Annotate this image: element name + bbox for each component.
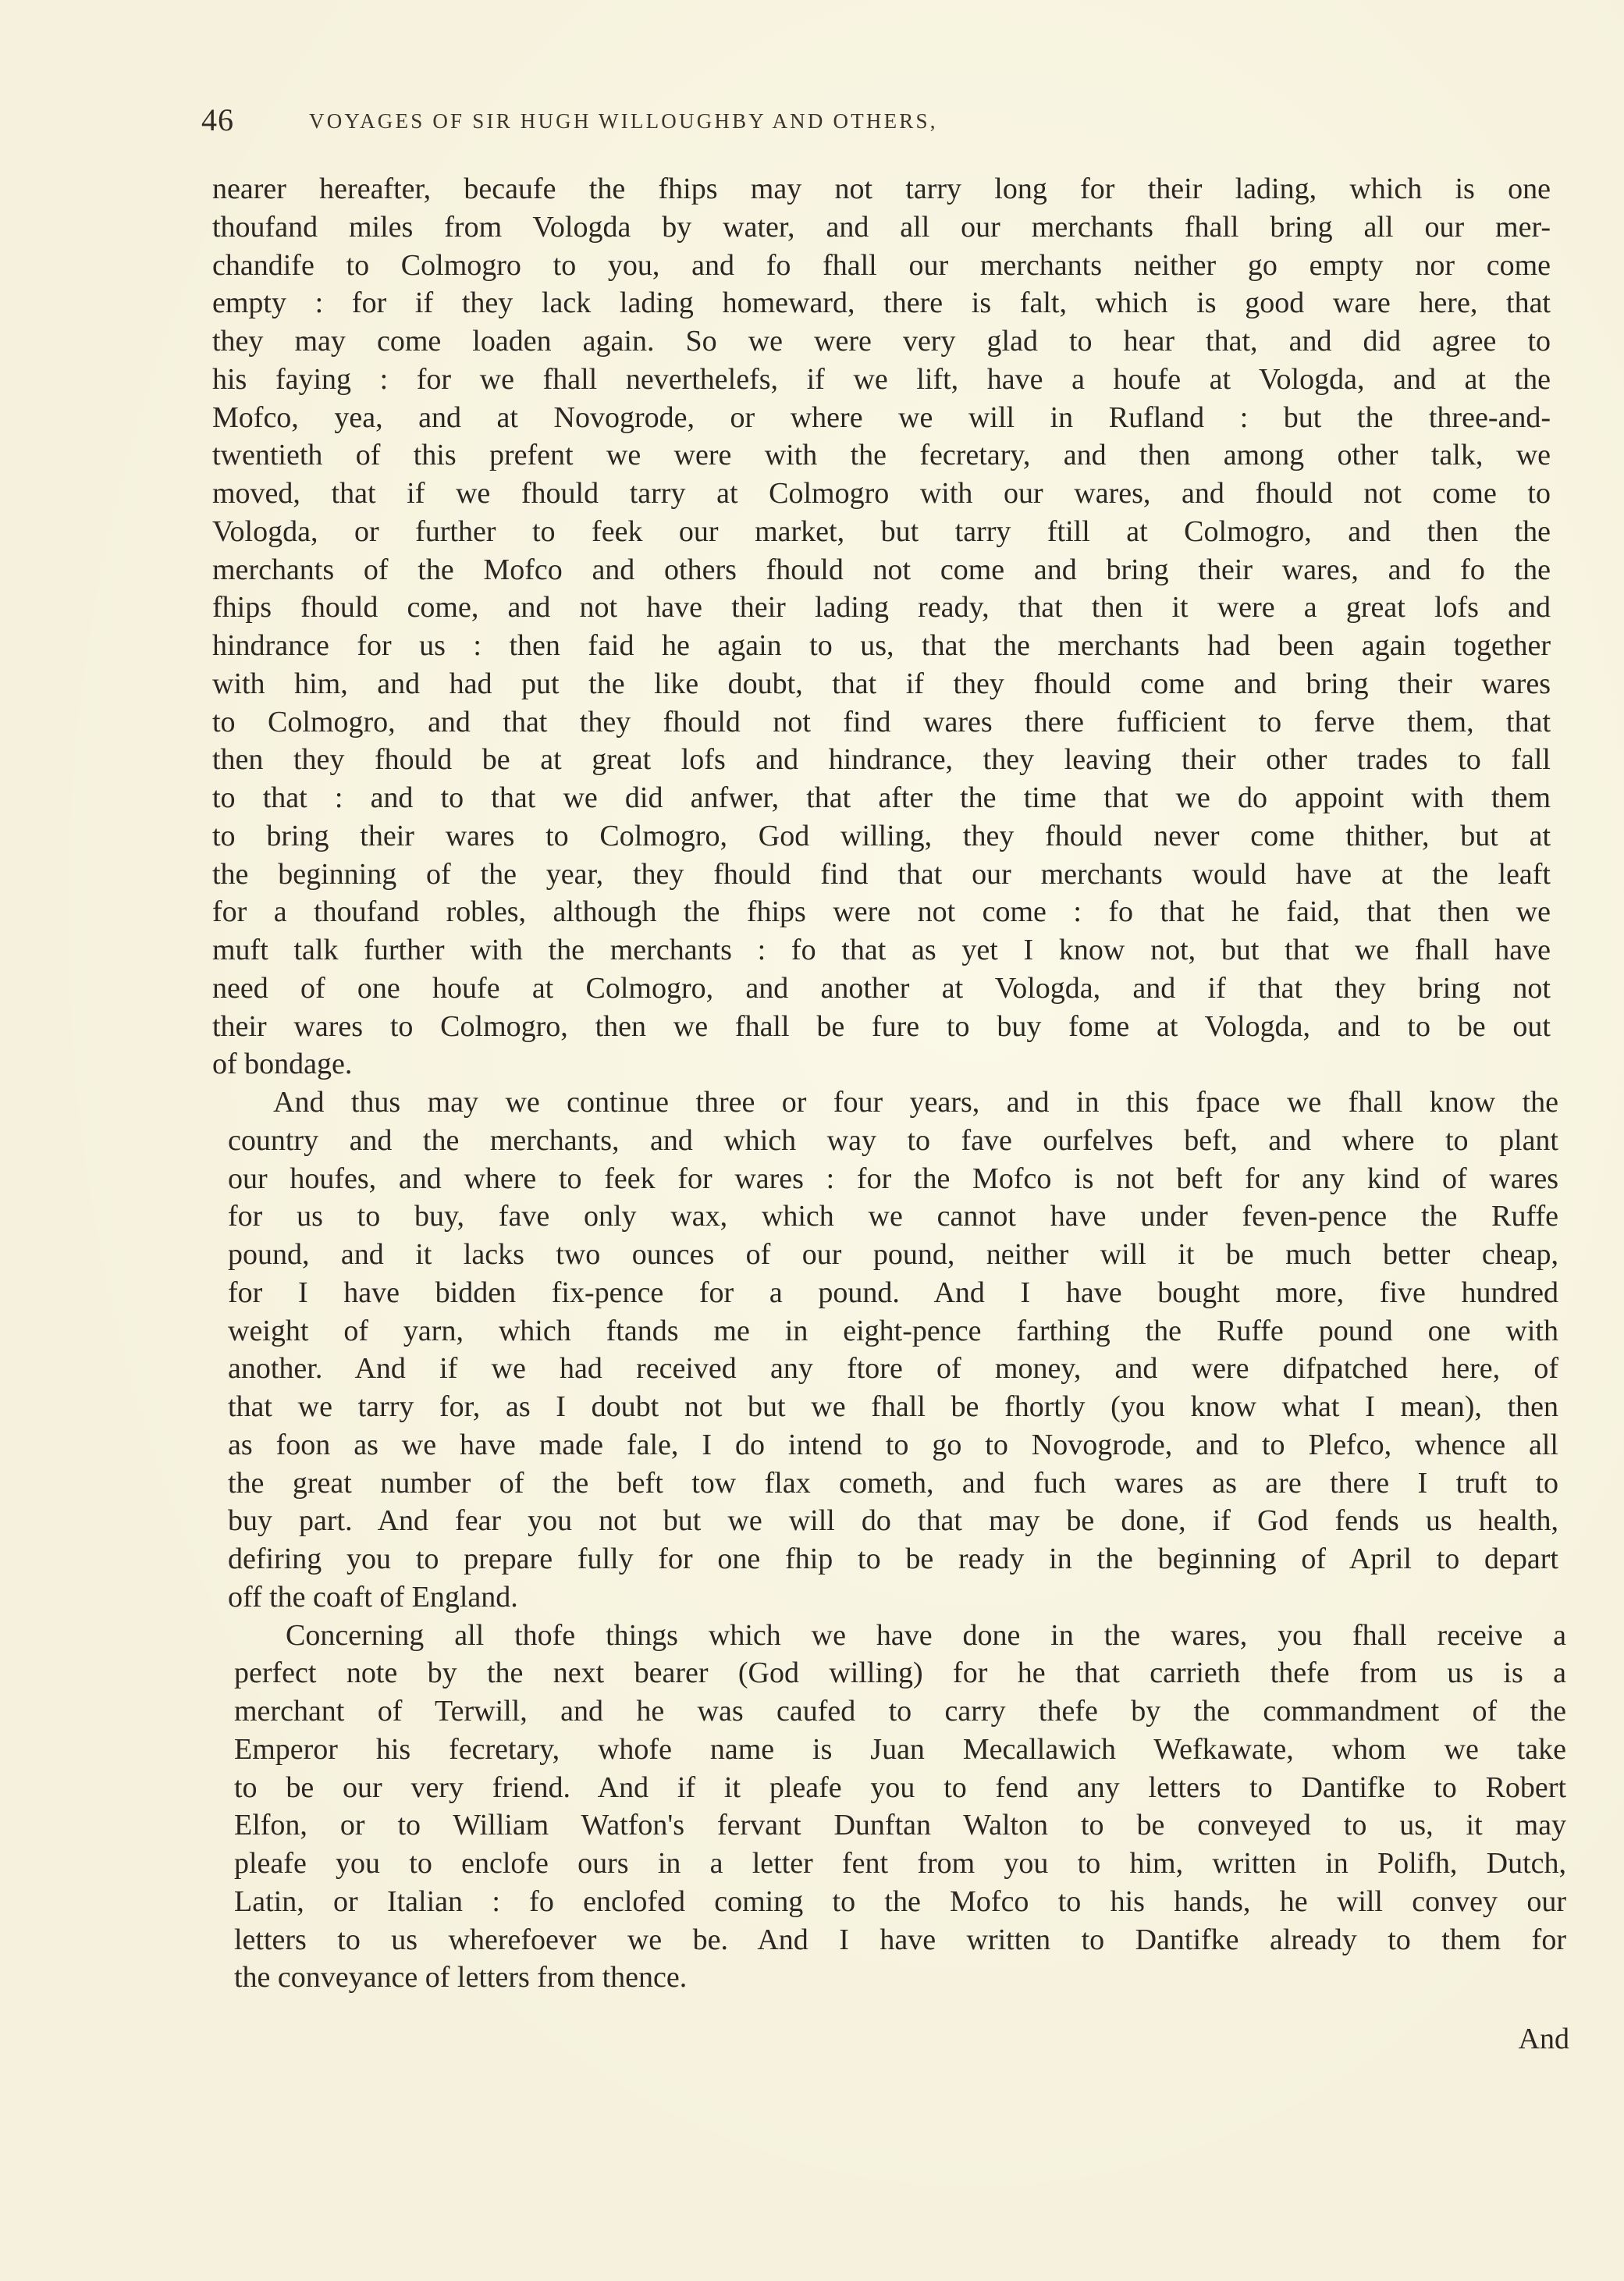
text-line: weight of yarn, which ftands me in eight… xyxy=(212,1312,1558,1350)
text-line: thoufand miles from Vologda by water, an… xyxy=(212,208,1551,247)
text-line: chandife to Colmogro to you, and fo fhal… xyxy=(212,247,1551,285)
paragraph-3: Concerning all thofe things which we hav… xyxy=(212,1617,1562,1998)
text-line: pleafe you to enclofe ours in a letter f… xyxy=(212,1845,1566,1883)
text-line: Latin, or Italian : fo enclofed coming t… xyxy=(212,1883,1566,1921)
text-line: muft talk further with the merchants : f… xyxy=(212,931,1551,970)
text-line: they may come loaden again. So we were v… xyxy=(212,322,1551,361)
text-line: Elfon, or to William Watfon's fervant Du… xyxy=(212,1806,1566,1845)
text-line: as foon as we have made fale, I do inten… xyxy=(212,1426,1558,1464)
text-line: country and the merchants, and which way… xyxy=(212,1122,1558,1160)
paragraph-2: And thus may we continue three or four y… xyxy=(212,1084,1562,1617)
text-line: to bring their wares to Colmogro, God wi… xyxy=(212,817,1551,856)
text-line: Mofco, yea, and at Novogrode, or where w… xyxy=(212,399,1551,437)
text-line: with him, and had put the like doubt, th… xyxy=(212,665,1551,703)
text-line: empty : for if they lack lading homeward… xyxy=(212,284,1551,322)
text-line: Emperor his fecretary, whofe name is Jua… xyxy=(212,1731,1566,1769)
text-line: Vologda, or further to feek our market, … xyxy=(212,513,1551,551)
text-line: hindrance for us : then faid he again to… xyxy=(212,627,1551,665)
text-line: Concerning all thofe things which we hav… xyxy=(212,1617,1566,1655)
text-line: to that : and to that we did anfwer, tha… xyxy=(212,779,1551,817)
text-line: that we tarry for, as I doubt not but we… xyxy=(212,1388,1558,1426)
paragraph-1: nearer hereafter, becaufe the fhips may … xyxy=(212,170,1562,1084)
text-line: pound, and it lacks two ounces of our po… xyxy=(212,1236,1558,1274)
text-line: another. And if we had received any ftor… xyxy=(212,1350,1558,1388)
text-line: his faying : for we fhall neverthelefs, … xyxy=(212,361,1551,399)
text-line: then they fhould be at great lofs and hi… xyxy=(212,741,1551,779)
text-line: off the coaft of England. xyxy=(212,1578,1558,1617)
text-line: to Colmogro, and that they fhould not fi… xyxy=(212,703,1551,742)
text-line: moved, that if we fhould tarry at Colmog… xyxy=(212,475,1551,513)
text-line: letters to us wherefoever we be. And I h… xyxy=(212,1921,1566,1959)
page-number: 46 xyxy=(201,101,234,138)
text-line: merchant of Terwill, and he was caufed t… xyxy=(212,1692,1566,1731)
book-page: 46 VOYAGES OF SIR HUGH WILLOUGHBY AND OT… xyxy=(0,0,1624,2281)
text-line: need of one houfe at Colmogro, and anoth… xyxy=(212,970,1551,1008)
text-line: for us to buy, fave only wax, which we c… xyxy=(212,1197,1558,1236)
text-line: for I have bidden fix-pence for a pound.… xyxy=(212,1274,1558,1312)
catchword: And xyxy=(1519,2022,1569,2056)
text-line: twentieth of this prefent we were with t… xyxy=(212,436,1551,475)
text-line: merchants of the Mofco and others fhould… xyxy=(212,551,1551,589)
text-line: defiring you to prepare fully for one fh… xyxy=(212,1540,1558,1578)
text-line: buy part. And fear you not but we will d… xyxy=(212,1502,1558,1540)
body-text: nearer hereafter, becaufe the fhips may … xyxy=(212,170,1562,1997)
page-header: 46 VOYAGES OF SIR HUGH WILLOUGHBY AND OT… xyxy=(201,100,1575,139)
text-line: And thus may we continue three or four y… xyxy=(212,1084,1558,1122)
text-line: the great number of the beft tow flax co… xyxy=(212,1464,1558,1503)
text-line: perfect note by the next bearer (God wil… xyxy=(212,1654,1566,1692)
text-line: their wares to Colmogro, then we fhall b… xyxy=(212,1008,1551,1046)
running-head: VOYAGES OF SIR HUGH WILLOUGHBY AND OTHER… xyxy=(309,109,1495,133)
text-line: the beginning of the year, they fhould f… xyxy=(212,856,1551,894)
text-line: nearer hereafter, becaufe the fhips may … xyxy=(212,170,1551,208)
text-line: to be our very friend. And if it pleafe … xyxy=(212,1769,1566,1807)
text-line: fhips fhould come, and not have their la… xyxy=(212,589,1551,627)
text-line: for a thoufand robles, although the fhip… xyxy=(212,893,1551,931)
text-line: the conveyance of letters from thence. xyxy=(212,1959,1566,1997)
text-line: of bondage. xyxy=(212,1045,1551,1084)
text-line: our houfes, and where to feek for wares … xyxy=(212,1160,1558,1198)
